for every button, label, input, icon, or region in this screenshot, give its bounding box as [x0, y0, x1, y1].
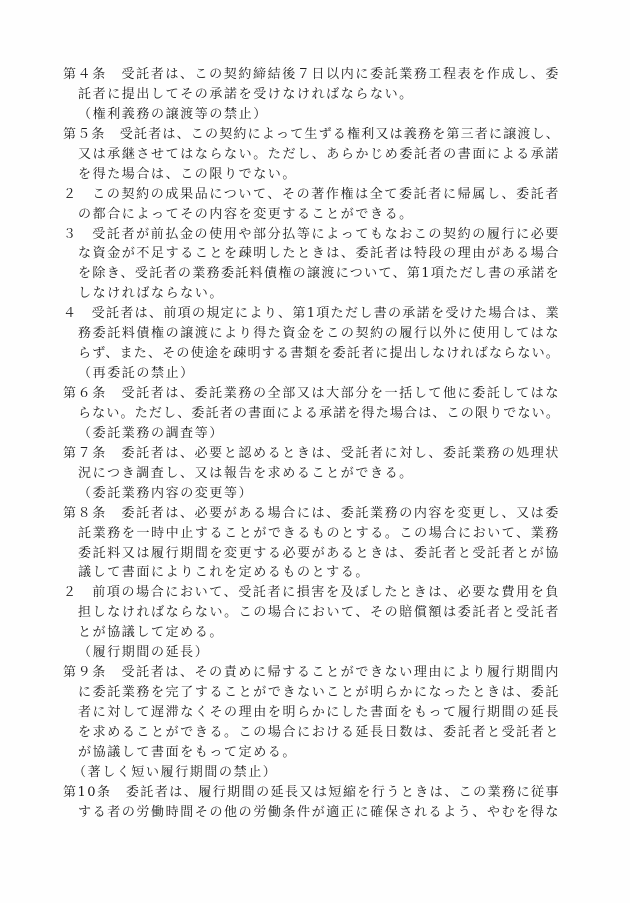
article-5-paragraph-4-line-1: ４ 受託者は、前項の規定により、第1項ただし書の承諾を受けた場合は、業 — [63, 304, 560, 324]
article-5-line-3: を得た場合は、この限りでない。 — [78, 165, 560, 185]
article-8-line-4: 議して書面によりこれを定めるものとする。 — [78, 563, 560, 583]
article-9-line-4: を求めることができる。この場合における延長日数は、委託者と受託者と — [78, 723, 560, 743]
article-10-line-1: 第10条 委託者は、履行期間の延長又は短縮を行うときは、この業務に従事 — [63, 783, 560, 803]
article-10: 第10条 委託者は、履行期間の延長又は短縮を行うときは、この業務に従事 する者の… — [0, 783, 630, 823]
article-5-paragraph-4-line-3: らず、また、その使途を疎明する書類を委託者に提出しなければならない。 — [78, 344, 560, 364]
article-7-line-1: 第７条 委託者は、必要と認めるときは、受託者に対し、委託業務の処理状 — [63, 444, 560, 464]
article-9-line-2: に委託業務を完了することができないことが明らかになったときは、委託 — [78, 683, 560, 703]
article-5-paragraph-4-line-2: 務委託料債権の譲渡により得た資金をこの契約の履行以外に使用してはな — [78, 324, 560, 344]
article-8: 第８条 委託者は、必要がある場合には、委託業務の内容を変更し、又は委 託業務を一… — [0, 504, 630, 644]
article-5-paragraph-2-line-2: の都合によってその内容を変更することができる。 — [78, 205, 560, 225]
article-6-line-2: らない。ただし、委託者の書面による承諾を得た場合は、この限りでない。 — [78, 404, 560, 424]
article-5-heading: （権利義務の譲渡等の禁止） — [78, 105, 560, 125]
article-7-heading: （委託業務の調査等） — [78, 424, 560, 444]
article-6: 第６条 受託者は、委託業務の全部又は大部分を一括して他に委託してはな らない。た… — [0, 384, 630, 424]
article-5-paragraph-3-line-1: ３ 受託者が前払金の使用や部分払等によってもなおこの契約の履行に必要 — [63, 225, 560, 245]
article-10-heading: （著しく短い履行期間の禁止） — [73, 763, 555, 783]
article-5-line-2: 又は承継させてはならない。ただし、あらかじめ委託者の書面による承諾 — [78, 145, 560, 165]
article-5-paragraph-3-line-4: しなければならない。 — [78, 284, 560, 304]
article-7: 第７条 委託者は、必要と認めるときは、受託者に対し、委託業務の処理状 況につき調… — [0, 444, 630, 484]
document-page: 第４条 受託者は、この契約締結後７日以内に委託業務工程表を作成し、委 託者に提出… — [0, 65, 630, 823]
article-8-paragraph-2-line-3: とが協議して定める。 — [78, 623, 560, 643]
article-7-line-2: 況につき調査し、又は報告を求めることができる。 — [78, 464, 560, 484]
article-9-line-5: が協議して書面をもって定める。 — [78, 743, 560, 763]
article-5-paragraph-3-line-2: な資金が不足することを疎明したときは、委託者は特段の理由がある場合 — [78, 244, 560, 264]
article-5-paragraph-2-line-1: ２ この契約の成果品について、その著作権は全て委託者に帰属し、委託者 — [63, 185, 560, 205]
article-6-heading: （再委託の禁止） — [78, 364, 560, 384]
article-9: 第９条 受託者は、その責めに帰することができない理由により履行期間内 に委託業務… — [0, 663, 630, 763]
article-10-line-2: する者の労働時間その他の労働条件が適正に確保されるよう、やむを得な — [78, 803, 560, 823]
article-9-line-3: 者に対して遅滞なくその理由を明らかにした書面をもって履行期間の延長 — [78, 703, 560, 723]
article-8-paragraph-2-line-1: ２ 前項の場合において、受託者に損害を及ぼしたときは、必要な費用を負 — [63, 583, 560, 603]
article-9-line-1: 第９条 受託者は、その責めに帰することができない理由により履行期間内 — [63, 663, 560, 683]
article-8-line-1: 第８条 委託者は、必要がある場合には、委託業務の内容を変更し、又は委 — [63, 504, 560, 524]
article-6-line-1: 第６条 受託者は、委託業務の全部又は大部分を一括して他に委託してはな — [63, 384, 560, 404]
article-9-heading: （履行期間の延長） — [78, 643, 560, 663]
article-4: 第４条 受託者は、この契約締結後７日以内に委託業務工程表を作成し、委 託者に提出… — [0, 65, 630, 105]
article-4-line-2: 託者に提出してその承諾を受けなければならない。 — [78, 85, 560, 105]
article-5-line-1: 第５条 受託者は、この契約によって生ずる権利又は義務を第三者に譲渡し、 — [63, 125, 560, 145]
article-8-line-2: 託業務を一時中止することができるものとする。この場合において、業務 — [78, 524, 560, 544]
article-4-line-1: 第４条 受託者は、この契約締結後７日以内に委託業務工程表を作成し、委 — [63, 65, 560, 85]
article-8-heading: （委託業務内容の変更等） — [78, 484, 560, 504]
article-8-paragraph-2-line-2: 担しなければならない。この場合において、その賠償額は委託者と受託者 — [78, 603, 560, 623]
article-5-paragraph-3-line-3: を除き、受託者の業務委託料債権の譲渡について、第1項ただし書の承諾を — [78, 264, 560, 284]
article-8-line-3: 委託料又は履行期間を変更する必要があるときは、委託者と受託者とが協 — [78, 544, 560, 564]
article-5: 第５条 受託者は、この契約によって生ずる権利又は義務を第三者に譲渡し、 又は承継… — [0, 125, 630, 364]
